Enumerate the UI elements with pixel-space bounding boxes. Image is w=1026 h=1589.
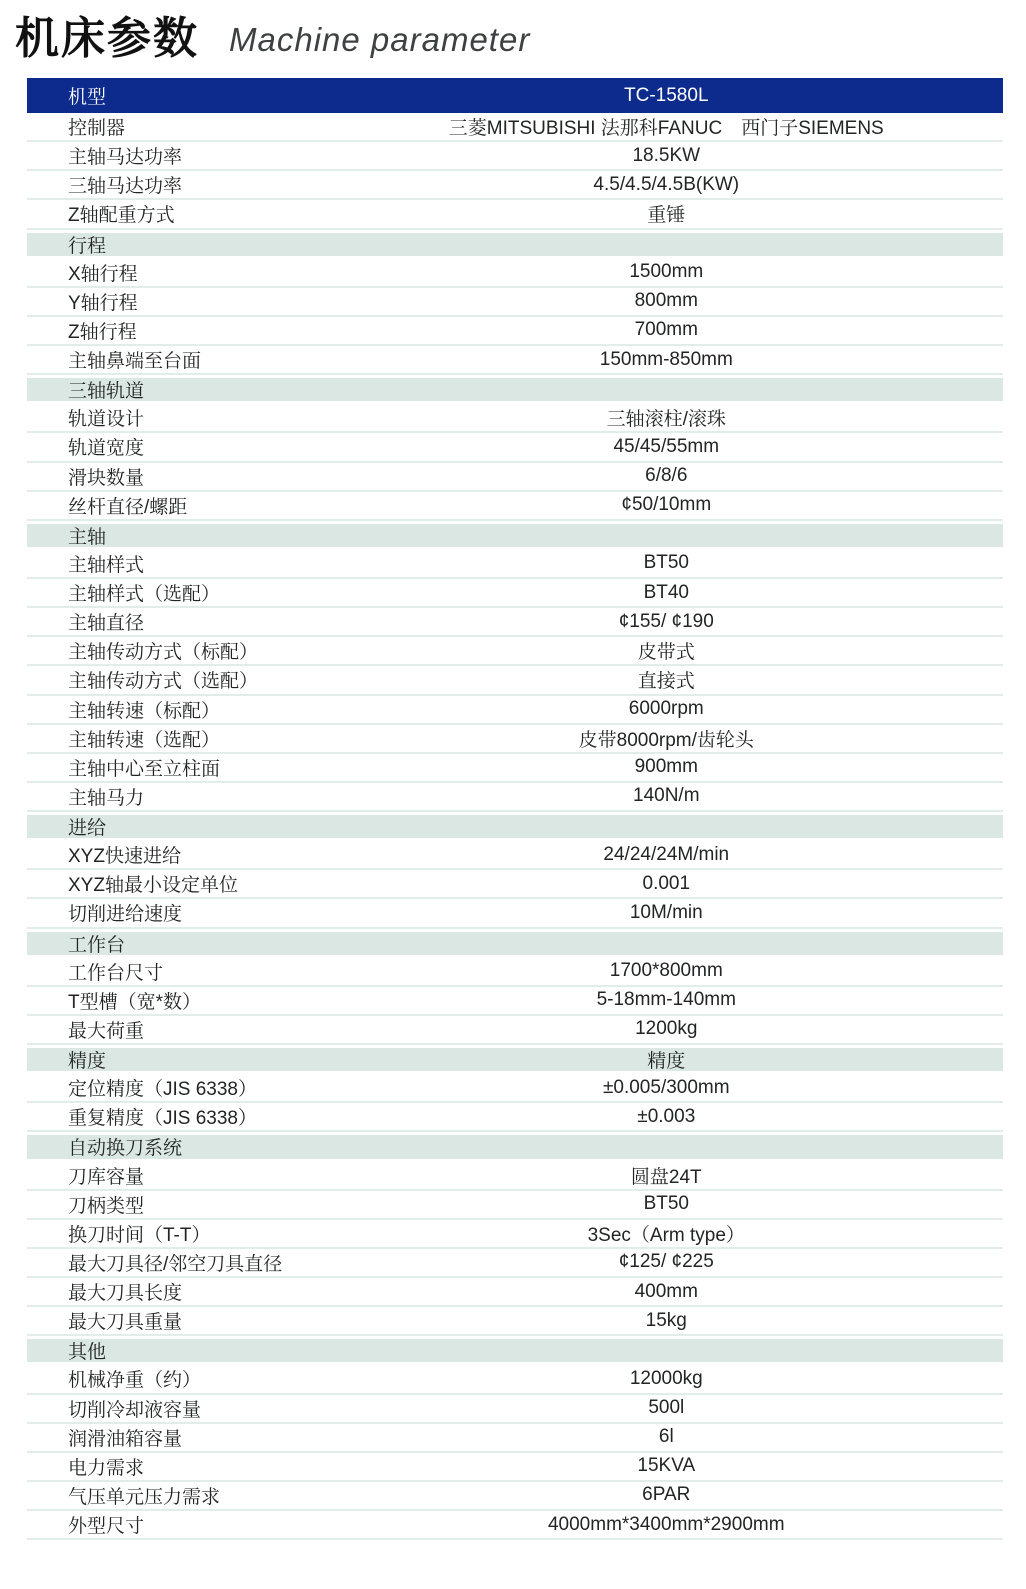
row-label: 行程 <box>27 231 330 258</box>
row-value: 三轴滚柱/滚珠 <box>330 404 1003 431</box>
row-value: 10M/min <box>330 902 1003 924</box>
table-row: 主轴样式BT50 <box>27 550 1003 579</box>
page-title: 机床参数 <box>15 17 199 61</box>
table-header-row: 机型 TC-1580L <box>27 78 1003 113</box>
table-row: 主轴转速（选配）皮带8000rpm/齿轮头 <box>27 725 1003 754</box>
table-row: 重复精度（JIS 6338）±0.003 <box>27 1103 1003 1132</box>
row-label: X轴行程 <box>27 259 330 286</box>
table-row: 机械净重（约）12000kg <box>27 1365 1003 1394</box>
row-value: 400mm <box>330 1281 1003 1303</box>
row-value: 5-18mm-140mm <box>330 989 1003 1011</box>
table-row: 切削进给速度10M/min <box>27 899 1003 928</box>
table-row: XYZ快速进给24/24/24M/min <box>27 841 1003 870</box>
table-body: 控制器三菱MITSUBISHI 法那科FANUC 西门子SIEMENS主轴马达功… <box>27 113 1003 1540</box>
row-label: 主轴 <box>27 522 330 549</box>
row-label: 三轴马达功率 <box>27 171 330 198</box>
row-label: 主轴马达功率 <box>27 142 330 169</box>
row-value: 6000rpm <box>330 698 1003 720</box>
row-value: 直接式 <box>330 666 1003 693</box>
row-label: 其他 <box>27 1337 330 1364</box>
row-value: 1700*800mm <box>330 960 1003 982</box>
table-row: 最大刀具重量15kg <box>27 1307 1003 1336</box>
table-row: 切削冷却液容量500l <box>27 1395 1003 1424</box>
row-label: 刀柄类型 <box>27 1191 330 1218</box>
row-value: 1200kg <box>330 1018 1003 1040</box>
table-row: 润滑油箱容量6l <box>27 1424 1003 1453</box>
row-label: 气压单元压力需求 <box>27 1482 330 1509</box>
table-row: 最大刀具径/邻空刀具直径¢125/ ¢225 <box>27 1249 1003 1278</box>
table-row: 控制器三菱MITSUBISHI 法那科FANUC 西门子SIEMENS <box>27 113 1003 142</box>
row-value: 700mm <box>330 319 1003 341</box>
row-value: 3Sec（Arm type） <box>330 1220 1003 1247</box>
row-label: 主轴中心至立柱面 <box>27 754 330 781</box>
row-label: T型槽（宽*数） <box>27 987 330 1014</box>
row-label: Z轴配重方式 <box>27 200 330 227</box>
table-row: 主轴鼻端至台面150mm-850mm <box>27 346 1003 375</box>
table-row: 刀库容量圆盘24T <box>27 1162 1003 1191</box>
row-label: 主轴传动方式（标配） <box>27 637 330 664</box>
table-row: 主轴样式（选配）BT40 <box>27 579 1003 608</box>
row-label: 重复精度（JIS 6338） <box>27 1103 330 1130</box>
table-row: 主轴转速（标配）6000rpm <box>27 696 1003 725</box>
row-label: 工作台 <box>27 930 330 957</box>
row-label: 主轴马力 <box>27 783 330 810</box>
section-row: 行程 <box>27 230 1003 259</box>
table-row: XYZ轴最小设定单位0.001 <box>27 870 1003 899</box>
row-value: 皮带8000rpm/齿轮头 <box>330 725 1003 752</box>
row-value: ¢50/10mm <box>330 494 1003 516</box>
row-label: 主轴鼻端至台面 <box>27 346 330 373</box>
row-value: BT50 <box>330 1193 1003 1215</box>
row-value: ±0.005/300mm <box>330 1077 1003 1099</box>
table-row: 主轴传动方式（选配）直接式 <box>27 666 1003 695</box>
row-value: 精度 <box>330 1046 1003 1073</box>
row-label: 最大刀具径/邻空刀具直径 <box>27 1249 330 1276</box>
row-value: 6/8/6 <box>330 465 1003 487</box>
row-value: ¢125/ ¢225 <box>330 1251 1003 1273</box>
section-row: 进给 <box>27 812 1003 841</box>
row-label: 机械净重（约） <box>27 1365 330 1392</box>
row-label: 主轴直径 <box>27 608 330 635</box>
row-label: 最大荷重 <box>27 1016 330 1043</box>
table-row: 最大刀具长度400mm <box>27 1278 1003 1307</box>
table-row: 外型尺寸4000mm*3400mm*2900mm <box>27 1511 1003 1540</box>
row-value: 15kg <box>330 1310 1003 1332</box>
row-value: BT50 <box>330 552 1003 574</box>
table-row: 刀柄类型BT50 <box>27 1191 1003 1220</box>
table-row: 主轴马力140N/m <box>27 783 1003 812</box>
page-header: 机床参数 Machine parameter <box>0 0 1026 78</box>
row-value: BT40 <box>330 582 1003 604</box>
row-label: 电力需求 <box>27 1453 330 1480</box>
model-header-label: 机型 <box>27 82 330 109</box>
row-label: 主轴样式（选配） <box>27 579 330 606</box>
row-label: 主轴样式 <box>27 550 330 577</box>
row-value: 6PAR <box>330 1484 1003 1506</box>
table-row: 主轴传动方式（标配）皮带式 <box>27 637 1003 666</box>
row-label: 三轴轨道 <box>27 376 330 403</box>
page-subtitle: Machine parameter <box>229 23 530 56</box>
row-label: 最大刀具重量 <box>27 1307 330 1334</box>
table-row: X轴行程1500mm <box>27 259 1003 288</box>
table-row: 工作台尺寸1700*800mm <box>27 958 1003 987</box>
row-value: 800mm <box>330 290 1003 312</box>
row-label: 主轴传动方式（选配） <box>27 666 330 693</box>
row-value: 140N/m <box>330 785 1003 807</box>
parameter-table: 机型 TC-1580L 控制器三菱MITSUBISHI 法那科FANUC 西门子… <box>27 78 1003 1540</box>
row-value: 18.5KW <box>330 145 1003 167</box>
row-value: 1500mm <box>330 261 1003 283</box>
row-label: 进给 <box>27 813 330 840</box>
section-row: 精度精度 <box>27 1045 1003 1074</box>
row-label: 切削冷却液容量 <box>27 1395 330 1422</box>
table-row: 最大荷重1200kg <box>27 1016 1003 1045</box>
machine-parameter-sheet: 机床参数 Machine parameter 机型 TC-1580L 控制器三菱… <box>0 0 1026 1589</box>
row-value: 三菱MITSUBISHI 法那科FANUC 西门子SIEMENS <box>330 113 1003 140</box>
table-row: 电力需求15KVA <box>27 1453 1003 1482</box>
row-label: 最大刀具长度 <box>27 1278 330 1305</box>
row-label: 刀库容量 <box>27 1162 330 1189</box>
row-value: 150mm-850mm <box>330 349 1003 371</box>
table-row: Y轴行程800mm <box>27 288 1003 317</box>
row-value: 圆盘24T <box>330 1162 1003 1189</box>
row-value: 45/45/55mm <box>330 436 1003 458</box>
row-value: 900mm <box>330 756 1003 778</box>
row-label: Y轴行程 <box>27 288 330 315</box>
table-row: 定位精度（JIS 6338）±0.005/300mm <box>27 1074 1003 1103</box>
row-label: 轨道宽度 <box>27 433 330 460</box>
table-row: Z轴配重方式重锤 <box>27 200 1003 229</box>
table-row: 三轴马达功率4.5/4.5/4.5B(KW) <box>27 171 1003 200</box>
row-label: 精度 <box>27 1046 330 1073</box>
table-row: Z轴行程700mm <box>27 317 1003 346</box>
row-label: 切削进给速度 <box>27 899 330 926</box>
row-label: 主轴转速（标配） <box>27 696 330 723</box>
table-row: 主轴马达功率18.5KW <box>27 142 1003 171</box>
row-value: ±0.003 <box>330 1106 1003 1128</box>
row-label: 工作台尺寸 <box>27 958 330 985</box>
row-value: 0.001 <box>330 873 1003 895</box>
table-row: 丝杆直径/螺距¢50/10mm <box>27 492 1003 521</box>
row-label: XYZ快速进给 <box>27 841 330 868</box>
row-label: 自动换刀系统 <box>27 1133 330 1160</box>
row-label: XYZ轴最小设定单位 <box>27 870 330 897</box>
row-value: 重锤 <box>330 200 1003 227</box>
table-row: 换刀时间（T-T）3Sec（Arm type） <box>27 1220 1003 1249</box>
table-row: 主轴直径¢155/ ¢190 <box>27 608 1003 637</box>
section-row: 其他 <box>27 1336 1003 1365</box>
table-row: 气压单元压力需求6PAR <box>27 1482 1003 1511</box>
row-value: 4.5/4.5/4.5B(KW) <box>330 174 1003 196</box>
row-label: 滑块数量 <box>27 463 330 490</box>
table-row: 主轴中心至立柱面900mm <box>27 754 1003 783</box>
table-row: 滑块数量6/8/6 <box>27 463 1003 492</box>
row-label: 定位精度（JIS 6338） <box>27 1074 330 1101</box>
row-value: 4000mm*3400mm*2900mm <box>330 1514 1003 1536</box>
row-value: 6l <box>330 1426 1003 1448</box>
row-label: 主轴转速（选配） <box>27 725 330 752</box>
section-row: 工作台 <box>27 929 1003 958</box>
row-label: 控制器 <box>27 113 330 140</box>
table-row: 轨道宽度45/45/55mm <box>27 433 1003 462</box>
row-label: Z轴行程 <box>27 317 330 344</box>
row-label: 换刀时间（T-T） <box>27 1220 330 1247</box>
row-value: ¢155/ ¢190 <box>330 611 1003 633</box>
row-label: 轨道设计 <box>27 404 330 431</box>
row-label: 润滑油箱容量 <box>27 1424 330 1451</box>
row-label: 丝杆直径/螺距 <box>27 492 330 519</box>
model-header-value: TC-1580L <box>330 85 1003 107</box>
row-value: 15KVA <box>330 1455 1003 1477</box>
row-value: 24/24/24M/min <box>330 844 1003 866</box>
section-row: 自动换刀系统 <box>27 1132 1003 1161</box>
row-value: 500l <box>330 1397 1003 1419</box>
row-label: 外型尺寸 <box>27 1511 330 1538</box>
section-row: 三轴轨道 <box>27 375 1003 404</box>
section-row: 主轴 <box>27 521 1003 550</box>
table-row: T型槽（宽*数）5-18mm-140mm <box>27 987 1003 1016</box>
row-value: 12000kg <box>330 1368 1003 1390</box>
table-row: 轨道设计三轴滚柱/滚珠 <box>27 404 1003 433</box>
row-value: 皮带式 <box>330 637 1003 664</box>
